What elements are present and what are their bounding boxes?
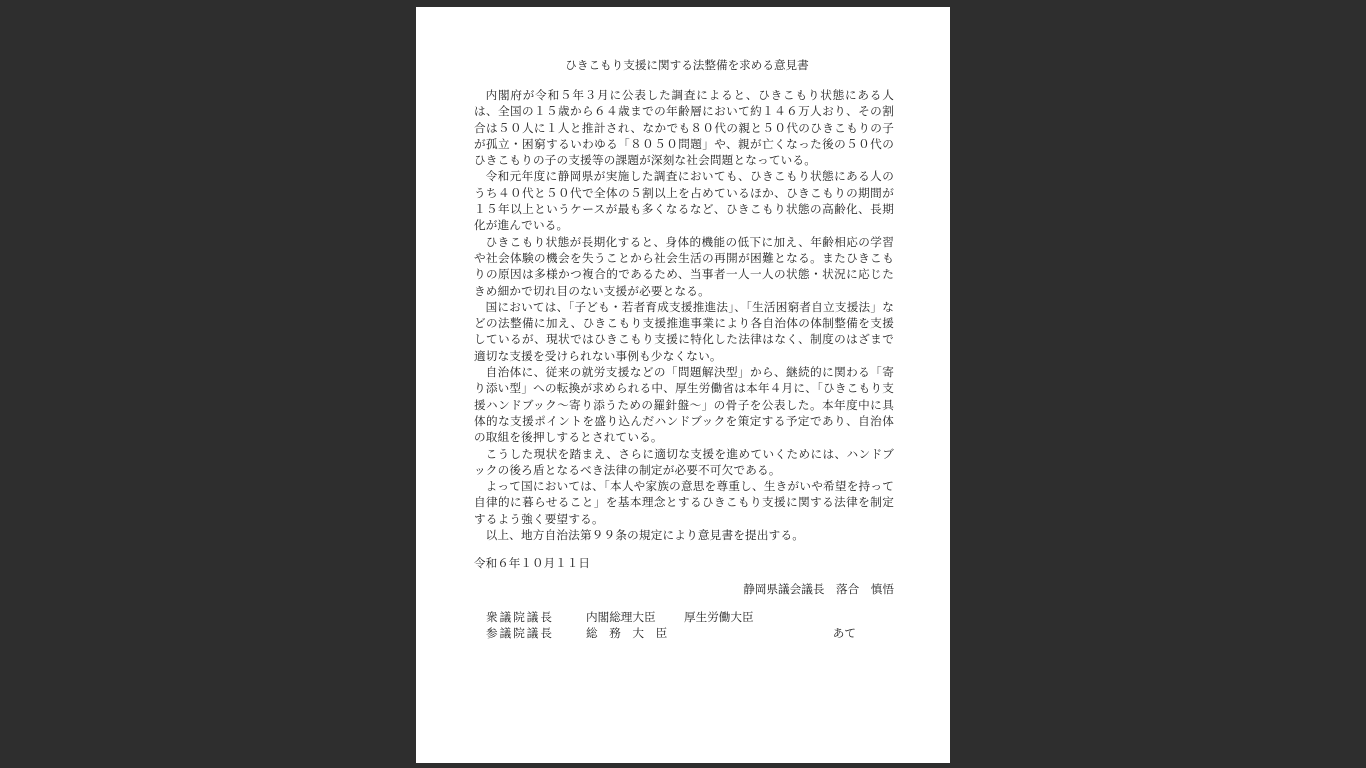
paragraph-5: 自治体に、従来の就労支援などの「問題解決型」から、継続的に関わる「寄り添い型」へ…	[474, 364, 894, 445]
recipient-house-of-representatives-speaker: 衆議院議長	[486, 609, 586, 625]
paragraph-1: 内閣府が令和５年３月に公表した調査によると、ひきこもり状態にある人は、全国の１５…	[474, 87, 894, 168]
recipient-row-1: 衆議院議長 内閣総理大臣 厚生労働大臣	[486, 609, 894, 625]
recipient-row2-blank	[684, 625, 796, 641]
recipient-health-labour-minister: 厚生労働大臣	[684, 609, 796, 625]
recipient-row1-suffix	[796, 609, 856, 625]
paragraph-3: ひきこもり状態が長期化すると、身体的機能の低下に加え、年齢相応の学習や社会体験の…	[474, 234, 894, 299]
signer: 静岡県議会議長 落合 慎悟	[474, 581, 894, 597]
recipients: 衆議院議長 内閣総理大臣 厚生労働大臣 参議院議長 総 務 大 臣 あて	[474, 609, 894, 641]
document-date: 令和６年１０月１１日	[474, 555, 894, 571]
recipient-internal-affairs-minister: 総 務 大 臣	[586, 625, 684, 641]
recipient-row-2: 参議院議長 総 務 大 臣 あて	[486, 625, 894, 641]
recipient-house-of-councillors-speaker: 参議院議長	[486, 625, 586, 641]
paragraph-6: こうした現状を踏まえ、さらに適切な支援を進めていくためには、ハンドブックの後ろ盾…	[474, 446, 894, 479]
document-title: ひきこもり支援に関する法整備を求める意見書	[474, 57, 894, 73]
document-page: ひきこもり支援に関する法整備を求める意見書 内閣府が令和５年３月に公表した調査に…	[416, 7, 950, 763]
paragraph-7: よって国においては、「本人や家族の意思を尊重し、生きがいや希望を持って自律的に暮…	[474, 478, 894, 527]
paragraph-8: 以上、地方自治法第９９条の規定により意見書を提出する。	[474, 527, 894, 543]
paragraph-4: 国においては、「子ども・若者育成支援推進法」、「生活困窮者自立支援法」などの法整…	[474, 299, 894, 364]
addressed-to-label: あて	[796, 625, 856, 641]
page-content: ひきこもり支援に関する法整備を求める意見書 内閣府が令和５年３月に公表した調査に…	[474, 57, 894, 641]
paragraph-2: 令和元年度に静岡県が実施した調査においても、ひきこもり状態にある人のうち４０代と…	[474, 168, 894, 233]
document-viewer: ひきこもり支援に関する法整備を求める意見書 内閣府が令和５年３月に公表した調査に…	[0, 0, 1366, 768]
recipient-prime-minister: 内閣総理大臣	[586, 609, 684, 625]
